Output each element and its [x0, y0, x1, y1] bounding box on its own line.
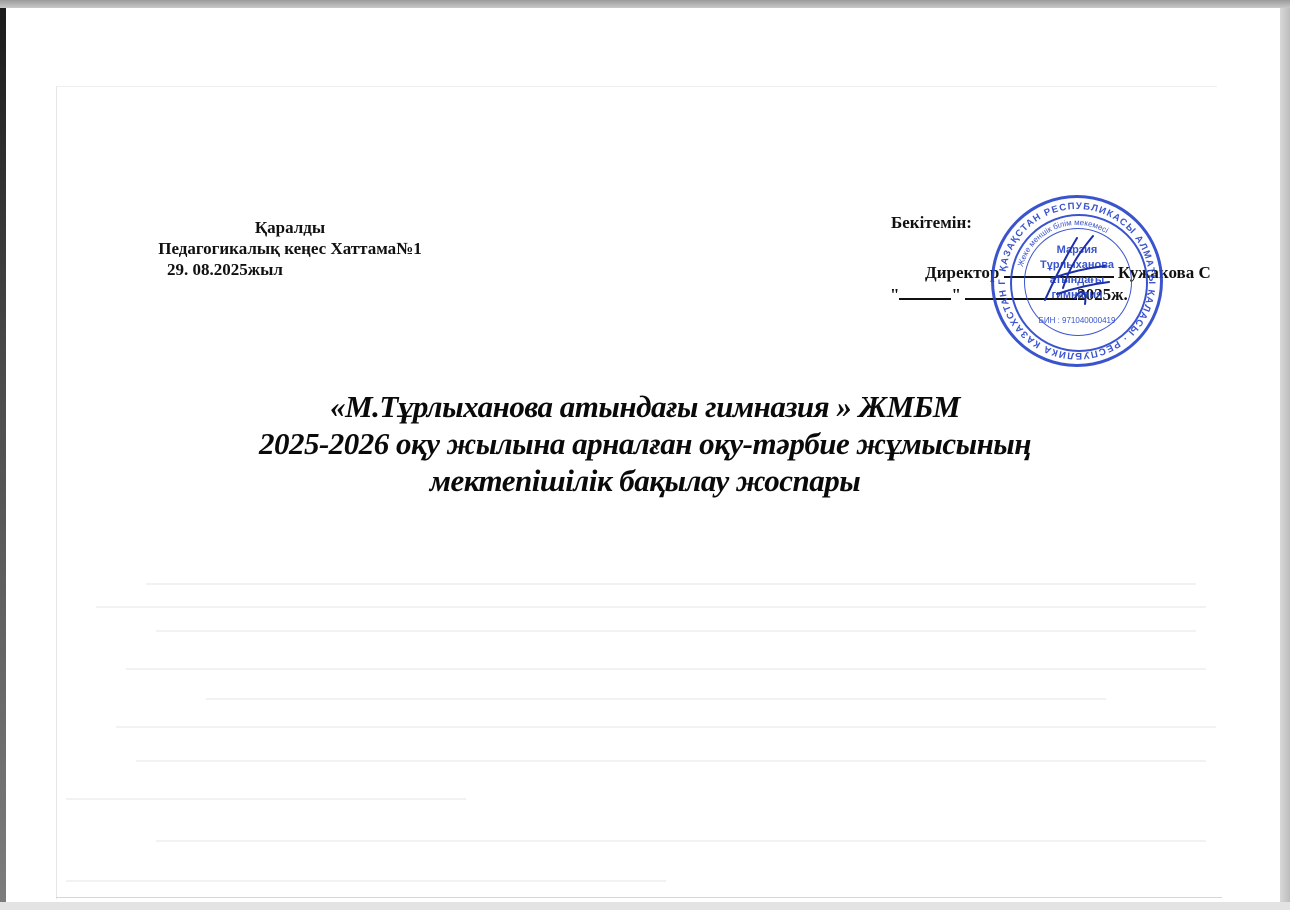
title-line-2: 2025-2026 оқу жылына арналған оқу-тәрбие…	[100, 425, 1190, 462]
council-protocol: Педагогикалық кеңес Хаттама№1	[100, 238, 480, 259]
bleed-through-line	[156, 630, 1196, 632]
quote-open: "	[890, 285, 899, 304]
approve-label: Бекітемін:	[891, 212, 972, 233]
review-label: Қаралды	[100, 217, 480, 238]
bleed-through-line	[146, 583, 1196, 585]
signature-icon	[1035, 228, 1115, 318]
title-line-3: мектепішілік бақылау жоспары	[100, 462, 1190, 499]
bleed-through-line	[66, 798, 466, 800]
day-blank	[899, 284, 951, 300]
bleed-through-line	[66, 880, 666, 882]
review-block: Қаралды Педагогикалық кеңес Хаттама№1 29…	[100, 217, 480, 280]
scan-frame-right	[1280, 8, 1290, 910]
bleed-through-line	[156, 840, 1206, 842]
director-label: Директор	[925, 263, 999, 282]
scan-frame-top	[0, 0, 1290, 8]
scan-frame-bottom	[0, 902, 1290, 910]
bleed-through-line	[206, 698, 1106, 700]
bleed-through-line	[136, 760, 1206, 762]
bleed-through-line	[96, 606, 1206, 608]
review-date: 29. 08.2025жыл	[100, 259, 480, 280]
bleed-through-line	[126, 668, 1206, 670]
document-title: «М.Тұрлыханова атындағы гимназия » ЖМБМ …	[100, 388, 1190, 499]
page-bottom-rule	[56, 897, 1222, 898]
quote-close: "	[951, 285, 960, 304]
bleed-through-line	[116, 726, 1216, 728]
title-line-1: «М.Тұрлыханова атындағы гимназия » ЖМБМ	[100, 388, 1190, 425]
